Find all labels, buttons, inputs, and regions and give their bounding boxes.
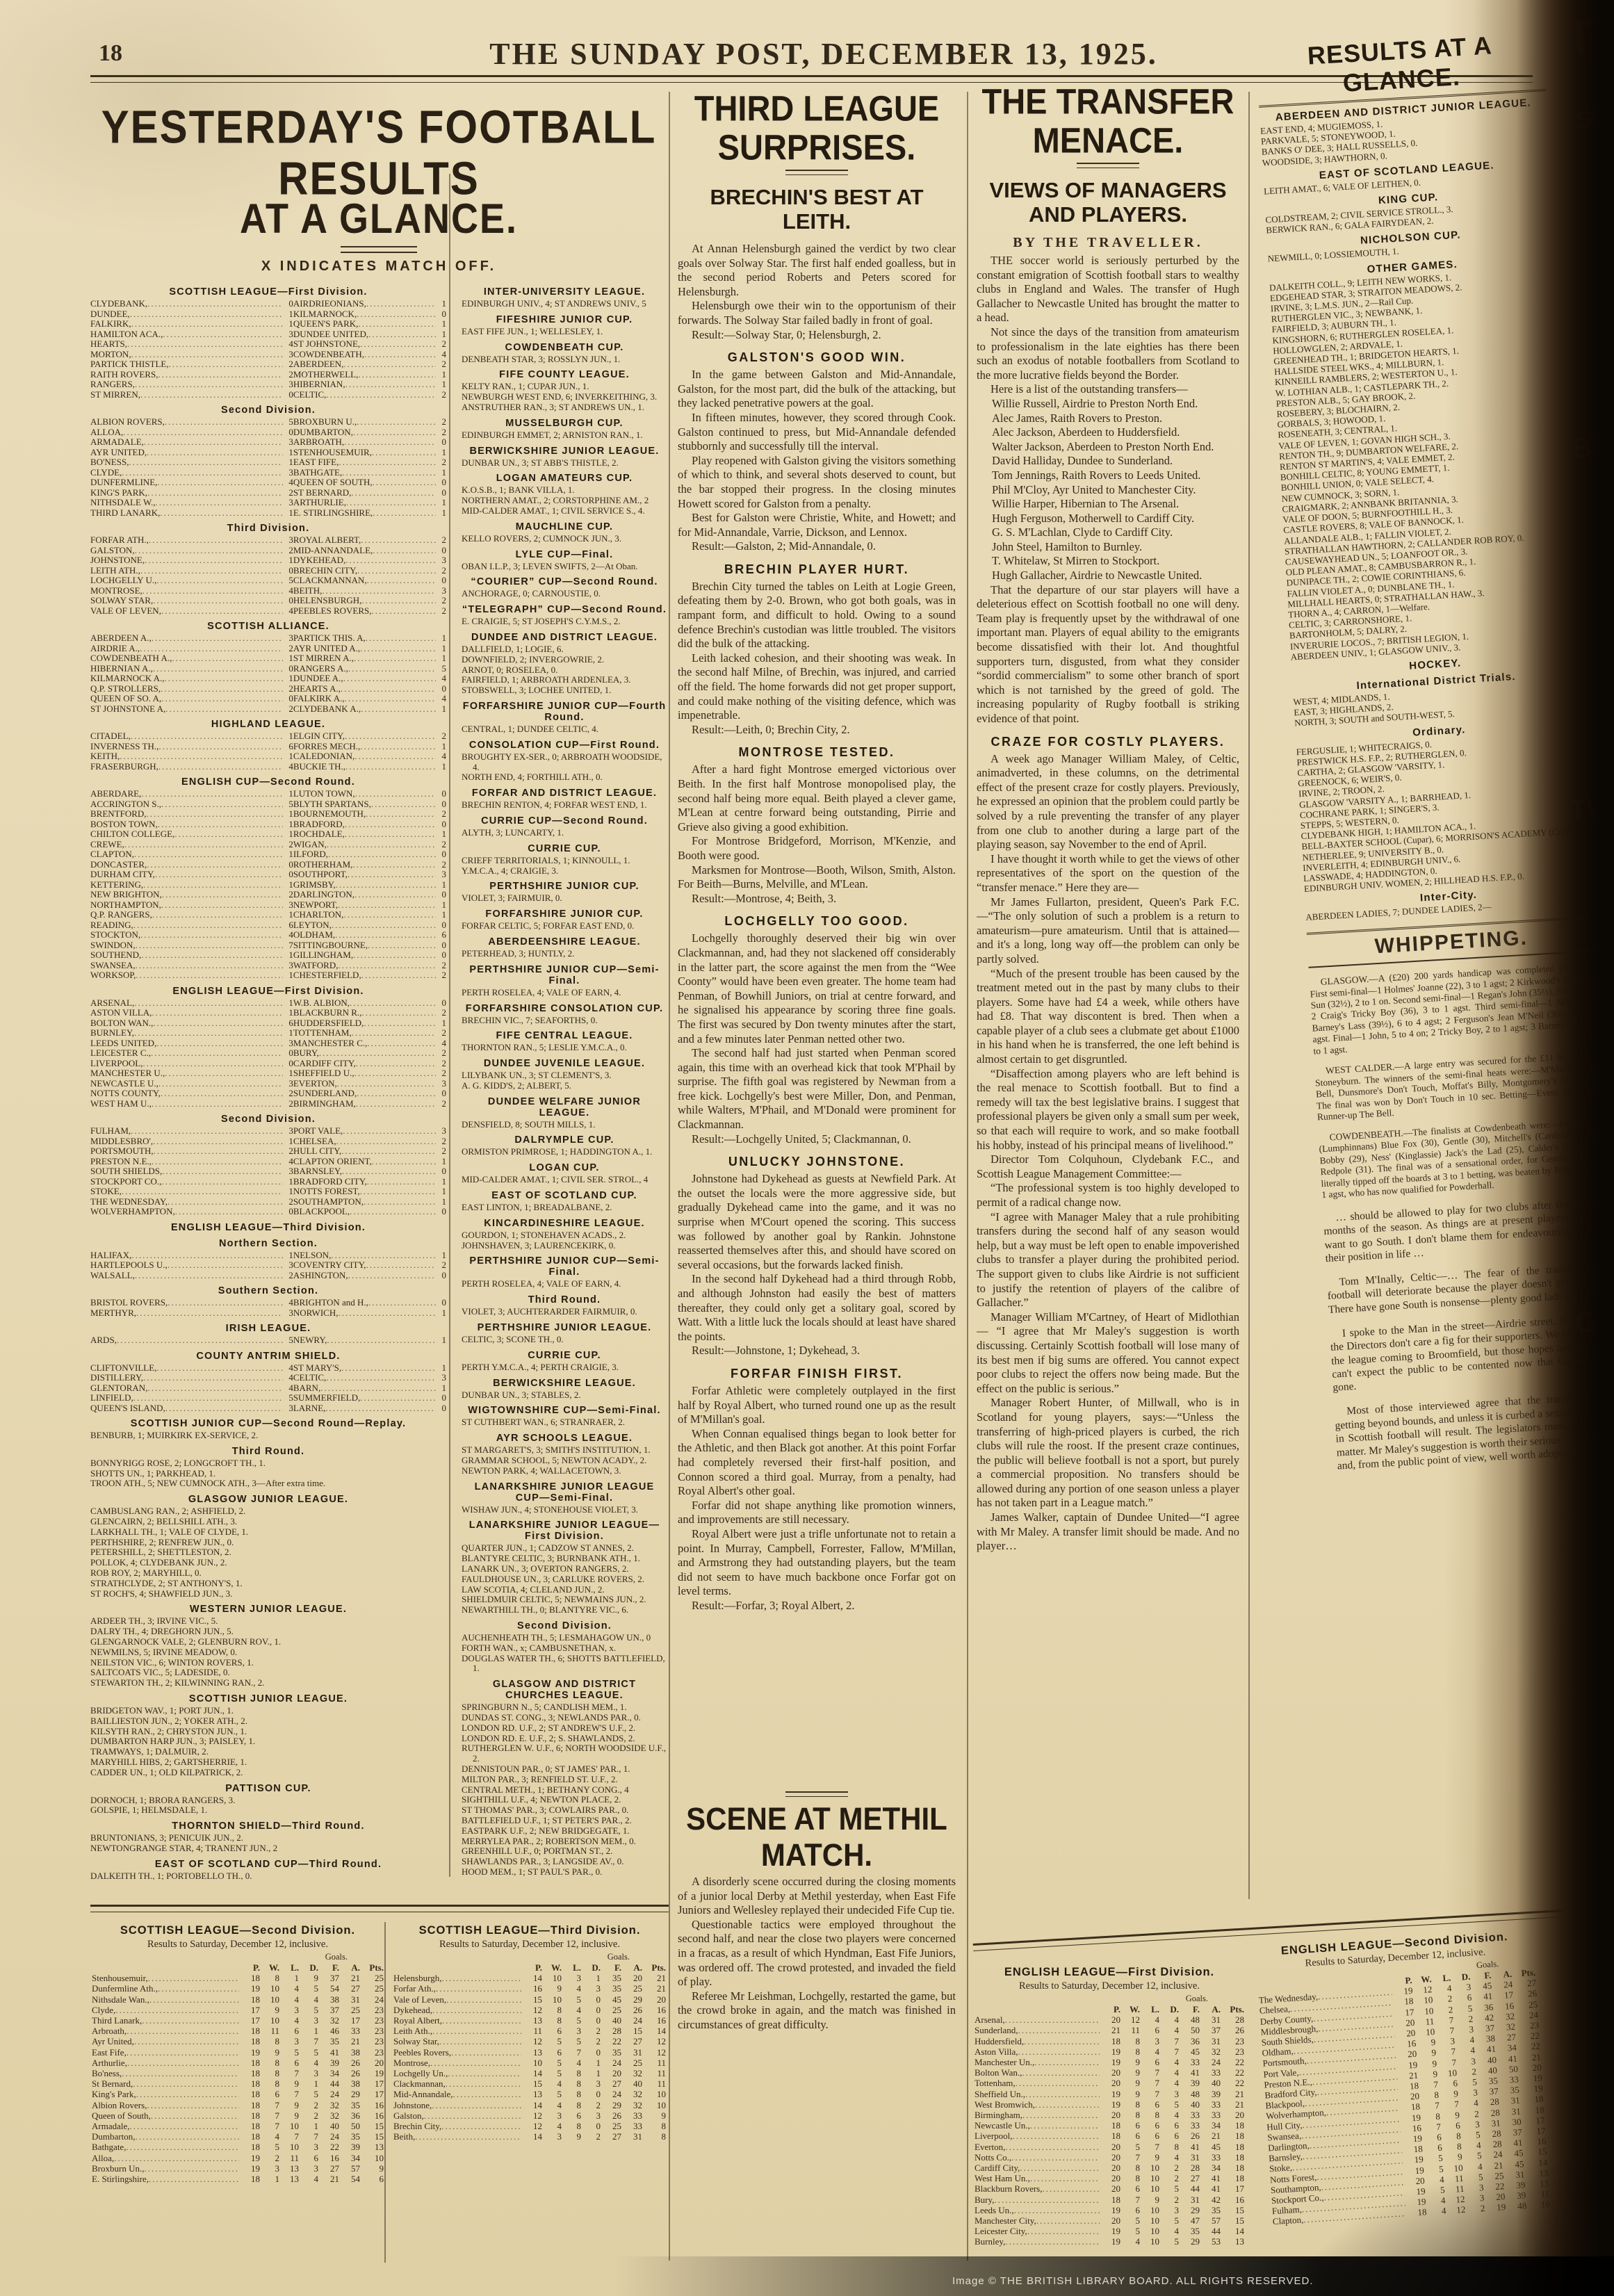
goals-against: 33 <box>621 2110 642 2121</box>
dot-leader <box>140 390 283 400</box>
dot-leader <box>360 1393 436 1403</box>
column-rule-3 <box>1248 92 1250 1899</box>
dot-leader <box>354 653 436 664</box>
home-score: 3 <box>283 1126 293 1137</box>
result-row: DURHAM CITY,0 SOUTHPORT,3 <box>90 870 446 880</box>
away-team: HELENSBURGH, <box>293 596 362 606</box>
home-team: KILMARNOCK A., <box>90 674 165 684</box>
methil-paragraphs: A disorderly scene occurred during the c… <box>678 1875 956 2033</box>
result-line: CELTIC, 3; SCONE TH., 0. <box>462 1335 667 1345</box>
home-team: ARSENAL, <box>90 998 134 1009</box>
result-line: BRECHIN RENTON, 4; FORFAR WEST END, 1. <box>462 800 667 811</box>
home-score: 1 <box>283 880 293 890</box>
home-score: 3 <box>283 535 293 546</box>
drawn: 0 <box>581 2121 601 2131</box>
glance-title-line2: AT A GLANCE. <box>90 193 667 245</box>
result-row: WOLVERHAMPTON,0 BLACKPOOL,0 <box>90 1207 446 1217</box>
goals-against: 41 <box>1200 2173 1221 2183</box>
dot-leader <box>322 586 436 596</box>
dot-leader <box>357 309 436 320</box>
played: 19 <box>1100 2089 1120 2099</box>
section-heading: GLASGOW AND DISTRICT CHURCHES LEAGUE. <box>462 1679 667 1701</box>
result-row: AIRDRIE A.,2 AYR UNITED A.,1 <box>90 644 446 654</box>
lost: 10 <box>279 2121 299 2131</box>
results-section: Second Division. ALBION ROVERS,5 BROXBUR… <box>90 405 446 518</box>
home-score: 2 <box>283 488 293 498</box>
header-spacer <box>92 1962 239 1973</box>
goals-against: 53 <box>1200 2236 1221 2247</box>
edge-text-fragment: BEN <box>1571 428 1614 464</box>
goals-for: 45 <box>1179 2046 1200 2057</box>
table-row: Lochgelly Un., 14 5 8 1 20 32 11 <box>393 2068 666 2078</box>
dot-leader <box>174 829 282 840</box>
lost: 9 <box>279 2078 299 2089</box>
results-section: WIGTOWNSHIRE CUP—Semi-Final. ST CUTHBERT… <box>462 1405 667 1428</box>
home-team: JOHNSTONE, <box>90 555 145 566</box>
away-score: 0 <box>436 576 446 586</box>
result-row: CHILTON COLLEGE,1 ROCHDALE,1 <box>90 829 446 840</box>
result-row: MIDDLESBRO',1 CHELSEA,2 <box>90 1137 446 1147</box>
result-row: BURNLEY,1 TOTTENHAM,2 <box>90 1028 446 1039</box>
away-team: BRECHIN CITY, <box>293 566 357 576</box>
drawn: 0 <box>581 2015 601 2026</box>
dot-leader <box>360 1187 436 1197</box>
result-line: DALRY TH., 4; DREGHORN JUN., 5. <box>90 1627 446 1637</box>
home-team: Q.P. RANGERS, <box>90 910 152 920</box>
table-row: Dunfermline Ath., 19 10 4 5 54 27 25 <box>92 1983 384 1994</box>
away-team: COVENTRY CITY, <box>293 1260 366 1271</box>
section-heading: PERTHSHIRE JUNIOR CUP—Semi-Final. <box>462 964 667 986</box>
dot-leader <box>126 2142 239 2152</box>
goals-for: 39 <box>1179 2078 1200 2088</box>
transfer-list-item: Phil M'Cloy, Ayr United to Manchester Ci… <box>977 483 1239 498</box>
home-team: ARDS, <box>90 1335 117 1346</box>
result-row: BOSTON TOWN,1 BRADFORD,0 <box>90 820 446 830</box>
home-team: ACCRINGTON S., <box>90 799 161 810</box>
lost: 6 <box>1140 2120 1159 2131</box>
home-team: HIBERNIAN A., <box>90 664 153 674</box>
dot-leader <box>114 2153 239 2163</box>
table-row: Helensburgh, 14 10 3 1 35 20 21 <box>393 1973 666 1983</box>
dot-leader <box>1042 2183 1100 2194</box>
lost: 9 <box>279 2100 299 2110</box>
dot-leader <box>360 742 436 752</box>
team-name: Sunderland, <box>975 2025 1018 2035</box>
away-team: MOTHERWELL, <box>293 370 359 380</box>
home-score: 1 <box>283 674 293 684</box>
away-score: 3 <box>436 1126 446 1137</box>
home-score: 1 <box>283 1068 293 1079</box>
transfer-list-item: David Halliday, Dundee to Sunderland. <box>977 454 1239 469</box>
article-paragraph: Not since the days of the transition fro… <box>977 325 1239 382</box>
played: 10 <box>521 2058 542 2068</box>
goals-against: 57 <box>1200 2215 1221 2226</box>
home-score: 4 <box>283 1373 293 1383</box>
played: 18 <box>239 1994 260 2005</box>
away-score: 4 <box>436 1039 446 1049</box>
result-row: HEARTS,4 ST JOHNSTONE,2 <box>90 339 446 350</box>
team-name: Burnley, <box>975 2236 1005 2247</box>
away-score: 2 <box>436 457 446 468</box>
drawn: 2 <box>581 2100 601 2110</box>
dot-leader <box>361 970 436 981</box>
home-score: 0 <box>283 428 293 438</box>
result-row: NEW BRIGHTON,2 DARLINGTON,0 <box>90 890 446 900</box>
won: 8 <box>260 2068 279 2078</box>
table-row: Royal Albert, 13 8 5 0 40 24 16 <box>393 2015 666 2026</box>
dot-leader <box>152 1157 283 1167</box>
section-heading: HIGHLAND LEAGUE. <box>90 719 446 730</box>
goals-against: 40 <box>1200 2078 1221 2088</box>
away-score: 1 <box>436 900 446 911</box>
article-block: Willie Russell, Airdrie to Preston North… <box>977 397 1239 583</box>
away-team: EAST FIFE, <box>293 457 339 468</box>
result-row: NEWCASTLE U.,3 EVERTON,3 <box>90 1079 446 1089</box>
team-name: East Fife, <box>92 2047 127 2058</box>
away-team: HIBERNIAN, <box>293 380 345 390</box>
dot-leader <box>338 961 436 971</box>
home-team: PORTSMOUTH, <box>90 1146 154 1157</box>
away-score: 0 <box>436 1166 446 1177</box>
lost: 6 <box>1140 2057 1159 2067</box>
results-section: WESTERN JUNIOR LEAGUE. ARDEER TH., 3; IR… <box>90 1604 446 1688</box>
table-row: West Ham Un., 20 8 10 2 27 41 18 <box>975 2173 1244 2183</box>
lost: 5 <box>562 1994 581 2005</box>
dot-leader <box>148 1973 239 1983</box>
drawn: 3 <box>581 2110 601 2121</box>
dot-leader <box>142 586 283 596</box>
home-team: ABERDEEN A., <box>90 633 152 644</box>
dot-leader <box>153 664 283 674</box>
dot-leader <box>451 2047 521 2058</box>
result-line: LARKHALL TH., 1; VALE OF CLYDE, 1. <box>90 1527 446 1538</box>
result-line: TRAMWAYS, 1; DALMUIR, 2. <box>90 1747 446 1757</box>
away-team: ST JOHNSTONE, <box>293 339 360 350</box>
article-paragraph: Best for Galston were Christie, White, a… <box>678 511 956 539</box>
results-section: LYLE CUP—Final. OBAN I.L.P., 3; LEVEN SW… <box>462 549 667 572</box>
away-score: 0 <box>436 849 446 860</box>
home-team: LEITH ATH., <box>90 566 140 576</box>
results-section: ENGLISH LEAGUE—First Division. ARSENAL,1… <box>90 986 446 1109</box>
won: 6 <box>260 2089 279 2099</box>
home-team: SOLWAY STAR, <box>90 596 153 606</box>
drawn: 3 <box>299 2015 318 2026</box>
points: 11 <box>642 2058 666 2068</box>
goals-for: 24 <box>318 2131 339 2142</box>
played: 18 <box>1100 2195 1120 2205</box>
result-line: SHIELDMUIR CELTIC, 5; NEWMAINS JUN., 2. <box>462 1595 667 1605</box>
drawn: 3 <box>1159 2205 1179 2215</box>
played: 18 <box>239 1973 260 1983</box>
points: 16 <box>1221 2195 1244 2205</box>
home-team: GALSTON, <box>90 546 135 556</box>
home-team: DURHAM CITY, <box>90 870 155 880</box>
won: 4 <box>1426 2206 1446 2217</box>
dot-leader <box>327 840 436 850</box>
home-score: 1 <box>283 789 293 799</box>
played: 18 <box>239 2089 260 2099</box>
away-score: 2 <box>436 1059 446 1069</box>
home-team: PARTICK THISTLE, <box>90 359 169 370</box>
article-paragraph: When Connan equalised things began to lo… <box>678 1427 956 1499</box>
away-team: ROYAL ALBERT, <box>293 535 361 546</box>
result-row: HARTLEPOOLS U.,3 COVENTRY CITY,2 <box>90 1260 446 1271</box>
away-score: 0 <box>436 684 446 694</box>
edge-text-fragment: TWO <box>1568 790 1614 827</box>
goals-against: 31 <box>1200 2036 1221 2046</box>
team-name: King's Park, <box>92 2089 136 2099</box>
lost: 5 <box>279 2047 299 2058</box>
points: 23 <box>360 2047 384 2058</box>
home-team: DONCASTER, <box>90 860 147 870</box>
goals-for: 41 <box>318 2047 339 2058</box>
home-score: 7 <box>283 941 293 951</box>
dot-leader <box>350 998 436 1009</box>
dot-leader <box>353 428 436 438</box>
home-team: LINFIELD, <box>90 1393 133 1403</box>
result-row: QUEEN OF SO. A,0 FALKIRK A.,4 <box>90 694 446 704</box>
results-section: SCOTTISH JUNIOR LEAGUE. BRIDGETON WAV., … <box>90 1693 446 1778</box>
result-line: LONDON RD. E. U.F., 2; S. SHAWLANDS, 2. <box>462 1734 667 1744</box>
result-row: Q.P. STROLLERS,2 HEARTS A.,0 <box>90 684 446 694</box>
dot-leader <box>152 1099 283 1109</box>
dot-leader <box>136 2089 239 2099</box>
section-heading: BERWICKSHIRE JUNIOR LEAGUE. <box>462 446 667 457</box>
away-score: 0 <box>436 546 446 556</box>
played: 18 <box>1100 2120 1120 2131</box>
lost: 6 <box>1438 2078 1458 2090</box>
lost: 1 <box>279 1973 299 1983</box>
drawn: 5 <box>1462 2151 1482 2163</box>
column-header: L. <box>279 1962 299 1973</box>
transfer-menace-column: THE TRANSFER MENACE. VIEWS OF MANAGERS A… <box>977 82 1239 1882</box>
dot-leader <box>373 546 436 556</box>
drawn: 4 <box>1456 2045 1476 2057</box>
points: 10 <box>642 2089 666 2099</box>
result-row: WALSALL,2 ASHINGTON,0 <box>90 1271 446 1281</box>
dot-leader <box>129 457 282 468</box>
dot-leader <box>147 1383 282 1394</box>
away-team: MANCHESTER C., <box>293 1039 368 1049</box>
won: 8 <box>1120 2099 1140 2110</box>
lost: 12 <box>1446 2204 1466 2216</box>
lost: 6 <box>562 2110 581 2121</box>
results-section: FIFE COUNTY LEAGUE. KELTY RAN., 1; CUPAR… <box>462 369 667 412</box>
played: 17 <box>239 2005 260 2015</box>
drawn: 1 <box>581 2058 601 2068</box>
points: 18 <box>1221 2120 1244 2131</box>
drawn: 5 <box>1463 2172 1483 2183</box>
transfer-list-item: T. Whitelaw, St Mirren to Stockport. <box>977 554 1239 569</box>
home-score: 5 <box>283 1335 293 1346</box>
drawn: 6 <box>1159 2120 1179 2131</box>
home-team: DUNDEE, <box>90 309 130 320</box>
dot-leader <box>357 1089 436 1099</box>
table-row: St Bernard, 18 8 9 1 44 38 17 <box>92 2078 384 2089</box>
article-paragraph: THE soccer world is seriously perturbed … <box>977 254 1239 325</box>
dot-leader <box>135 380 283 390</box>
played: 13 <box>521 2047 542 2058</box>
article-paragraph: Lochgelly thoroughly deserved their big … <box>678 931 956 1046</box>
section-heading: PERTHSHIRE JUNIOR LEAGUE. <box>462 1322 667 1333</box>
goals-against: 31 <box>1200 2014 1221 2025</box>
goals-for: 29 <box>1179 2205 1200 2215</box>
result-line: KILSYTH RAN., 2; CHRYSTON JUN., 1. <box>90 1727 446 1737</box>
away-team: CALEDONIAN, <box>293 751 354 762</box>
dot-leader <box>360 339 436 350</box>
points: 25 <box>360 1983 384 1994</box>
result-line: GRAMMAR SCHOOL, 5; NEWTON ACADY., 2. <box>462 1456 667 1466</box>
team-name: Lochgelly Un., <box>393 2068 448 2078</box>
away-team: CLYDEBANK A., <box>293 704 361 715</box>
away-team: BARNSLEY, <box>293 1166 342 1177</box>
result-row: ARMADALE,3 ARBROATH,0 <box>90 437 446 448</box>
article-paragraph: Questionable tactics were employed throu… <box>678 1918 956 1989</box>
away-team: CHESTERFIELD, <box>293 970 361 981</box>
dot-leader <box>122 1187 283 1197</box>
section-heading: CURRIE CUP. <box>462 1350 667 1361</box>
result-line: LANARK UN., 3; OVERTON RANGERS, 2. <box>462 1564 667 1574</box>
result-line: FORFAR CELTIC, 5; FORFAR EAST END, 0. <box>462 921 667 931</box>
transfer-list-item: Willie Russell, Airdrie to Preston North… <box>977 397 1239 412</box>
transfer-list-item: Hugh Ferguson, Motherwell to Cardiff Cit… <box>977 512 1239 526</box>
played: 11 <box>521 2026 542 2036</box>
result-row: HAMILTON ACA.,3 DUNDEE UNITED,1 <box>90 329 446 340</box>
goals-for: 16 <box>318 2153 339 2163</box>
section-heading: INTER-UNIVERSITY LEAGUE. <box>462 286 667 298</box>
dot-leader <box>1034 2057 1100 2067</box>
dot-leader <box>127 2047 239 2058</box>
away-score: 1 <box>436 1335 446 1346</box>
points: 23 <box>360 2005 384 2015</box>
dot-leader <box>131 1126 283 1137</box>
article-paragraph: Result:—Galston, 2; Mid-Annandale, 0. <box>678 539 956 554</box>
away-team: WIGAN, <box>293 840 327 850</box>
result-row: NITHSDALE W.,3 ARTHURLIE,1 <box>90 498 446 508</box>
dot-leader <box>133 2078 239 2089</box>
won: 5 <box>542 2058 562 2068</box>
dot-leader <box>152 1008 282 1018</box>
home-team: DUNFERMLINE, <box>90 478 157 488</box>
goals-against: 31 <box>621 2047 642 2058</box>
drawn: 5 <box>299 2005 318 2015</box>
lost: 4 <box>1140 2014 1159 2025</box>
table-row: Bo'ness, 18 8 7 3 34 26 19 <box>92 2068 384 2078</box>
article-paragraph: Result:—Forfar, 3; Royal Albert, 2. <box>678 1599 956 1613</box>
away-team: ST MARY'S, <box>293 1363 341 1374</box>
dot-leader <box>134 849 283 860</box>
result-row: BRISTOL ROVERS,4 BRIGHTON and H.,0 <box>90 1298 446 1308</box>
table-row: Huddersfield, 18 8 3 7 36 31 23 <box>975 2036 1244 2046</box>
section-heading: EAST OF SCOTLAND CUP. <box>462 1190 667 1201</box>
away-score: 0 <box>436 437 446 448</box>
transfer-list-item: Alec Jackson, Aberdeen to Huddersfield. <box>977 425 1239 440</box>
home-team: WEST HAM U., <box>90 1099 152 1109</box>
article-block: CRAZE FOR COSTLY PLAYERS. A week ago Man… <box>977 735 1239 1554</box>
away-team: SOUTHAMPTON, <box>293 1197 364 1207</box>
result-row: BRENTFORD,1 BOURNEMOUTH,2 <box>90 809 446 820</box>
home-team: BO'NESS, <box>90 457 129 468</box>
played: 14 <box>521 2100 542 2110</box>
goals-for: 27 <box>601 2131 621 2142</box>
points: 8 <box>642 2121 666 2131</box>
section-heading: FORFARSHIRE JUNIOR CUP. <box>462 909 667 920</box>
won: 5 <box>542 2089 562 2099</box>
article-paragraph: Result:—Johnstone, 1; Dykehead, 3. <box>678 1344 956 1358</box>
result-line: PERTH ROSELEA, 4; VALE OF EARN, 4. <box>462 1279 667 1289</box>
results-section: MAUCHLINE CUP. KELLO ROVERS, 2; CUMNOCK … <box>462 521 667 544</box>
goals-for: 36 <box>1179 2036 1200 2046</box>
dot-leader <box>1022 2067 1100 2078</box>
home-score: 1 <box>283 653 293 664</box>
away-team: QUEEN'S PARK, <box>293 319 359 329</box>
result-row: INVERNESS TH.,6 FORRES MECH.,1 <box>90 742 446 752</box>
lost: 7 <box>1140 2142 1159 2152</box>
result-line: GOURDON, 1; STONEHAVEN ACADS., 2. <box>462 1230 667 1241</box>
dot-leader <box>175 1207 283 1217</box>
away-score: 2 <box>436 596 446 606</box>
home-team: CITADEL, <box>90 731 131 742</box>
home-score: 4 <box>283 1298 293 1308</box>
result-row: SWINDON,7 SITTINGBOURNE,0 <box>90 941 446 951</box>
away-team: DARLINGTON, <box>293 890 354 900</box>
lost: 10 <box>1437 2067 1458 2079</box>
result-line: DUNBAR UN., 3; ST ABB'S THISTLE, 2. <box>462 458 667 469</box>
dot-leader <box>342 468 436 478</box>
away-score: 1 <box>436 910 446 920</box>
points: 16 <box>642 2015 666 2026</box>
home-team: AYR UNITED, <box>90 448 147 458</box>
home-score: 5 <box>283 799 293 810</box>
home-score: 3 <box>283 633 293 644</box>
home-score: 2 <box>283 359 293 370</box>
away-score: 0 <box>436 478 446 488</box>
away-team: ARBROATH, <box>293 437 344 448</box>
goals-for: 29 <box>601 2100 621 2110</box>
away-score: 3 <box>436 586 446 596</box>
points: 22 <box>1221 2067 1244 2078</box>
lost: 4 <box>279 1994 299 2005</box>
dot-leader <box>1030 2173 1100 2183</box>
home-team: FRASERBURGH, <box>90 762 158 772</box>
points: 9 <box>360 2163 384 2174</box>
league-table: SCOTTISH LEAGUE—Second Division. Results… <box>92 1924 384 2184</box>
result-line: ST MARGARET'S, 3; SMITH'S INSTITUTION, 1… <box>462 1445 667 1456</box>
table-row: Aston Villa, 19 8 4 7 45 32 23 <box>975 2046 1244 2057</box>
result-row: NOTTS COUNTY,2 SUNDERLAND,0 <box>90 1089 446 1099</box>
result-line: STRATHCLYDE, 2; ST ANTHONY'S, 1. <box>90 1579 446 1589</box>
results-section: HIGHLAND LEAGUE. CITADEL,1 ELGIN CITY,2 <box>90 719 446 772</box>
result-line: STOBSWELL, 3; LOCHEE UNITED, 1. <box>462 685 667 696</box>
result-row: STOCKPORT CO.,1 BRADFORD CITY,1 <box>90 1177 446 1187</box>
result-row: COWDENBEATH A.,1 ST MIRREN A.,1 <box>90 653 446 664</box>
dot-leader <box>140 566 283 576</box>
result-row: LIVERPOOL,0 CARDIFF CITY,2 <box>90 1059 446 1069</box>
dot-leader <box>135 546 283 556</box>
away-team: W.B. ALBION, <box>293 998 350 1009</box>
drawn: 2 <box>581 2026 601 2036</box>
drawn: 4 <box>1159 2057 1179 2067</box>
result-line: DENSFIELD, 8; SOUTH MILLS, 1. <box>462 1120 667 1130</box>
result-line: NEWTONGRANGE STAR, 4; TRANENT JUN., 2 <box>90 1843 446 1854</box>
result-line: PETERSHILL, 2; SHETTLESTON, 2. <box>90 1547 446 1558</box>
home-score: 0 <box>283 390 293 400</box>
goals-for: 31 <box>1179 2195 1200 2205</box>
results-section: KINCARDINESHIRE LEAGUE. GOURDON, 1; STON… <box>462 1218 667 1251</box>
team-name: Tottenham, <box>975 2078 1016 2088</box>
away-score: 2 <box>436 428 446 438</box>
dot-leader <box>345 380 436 390</box>
